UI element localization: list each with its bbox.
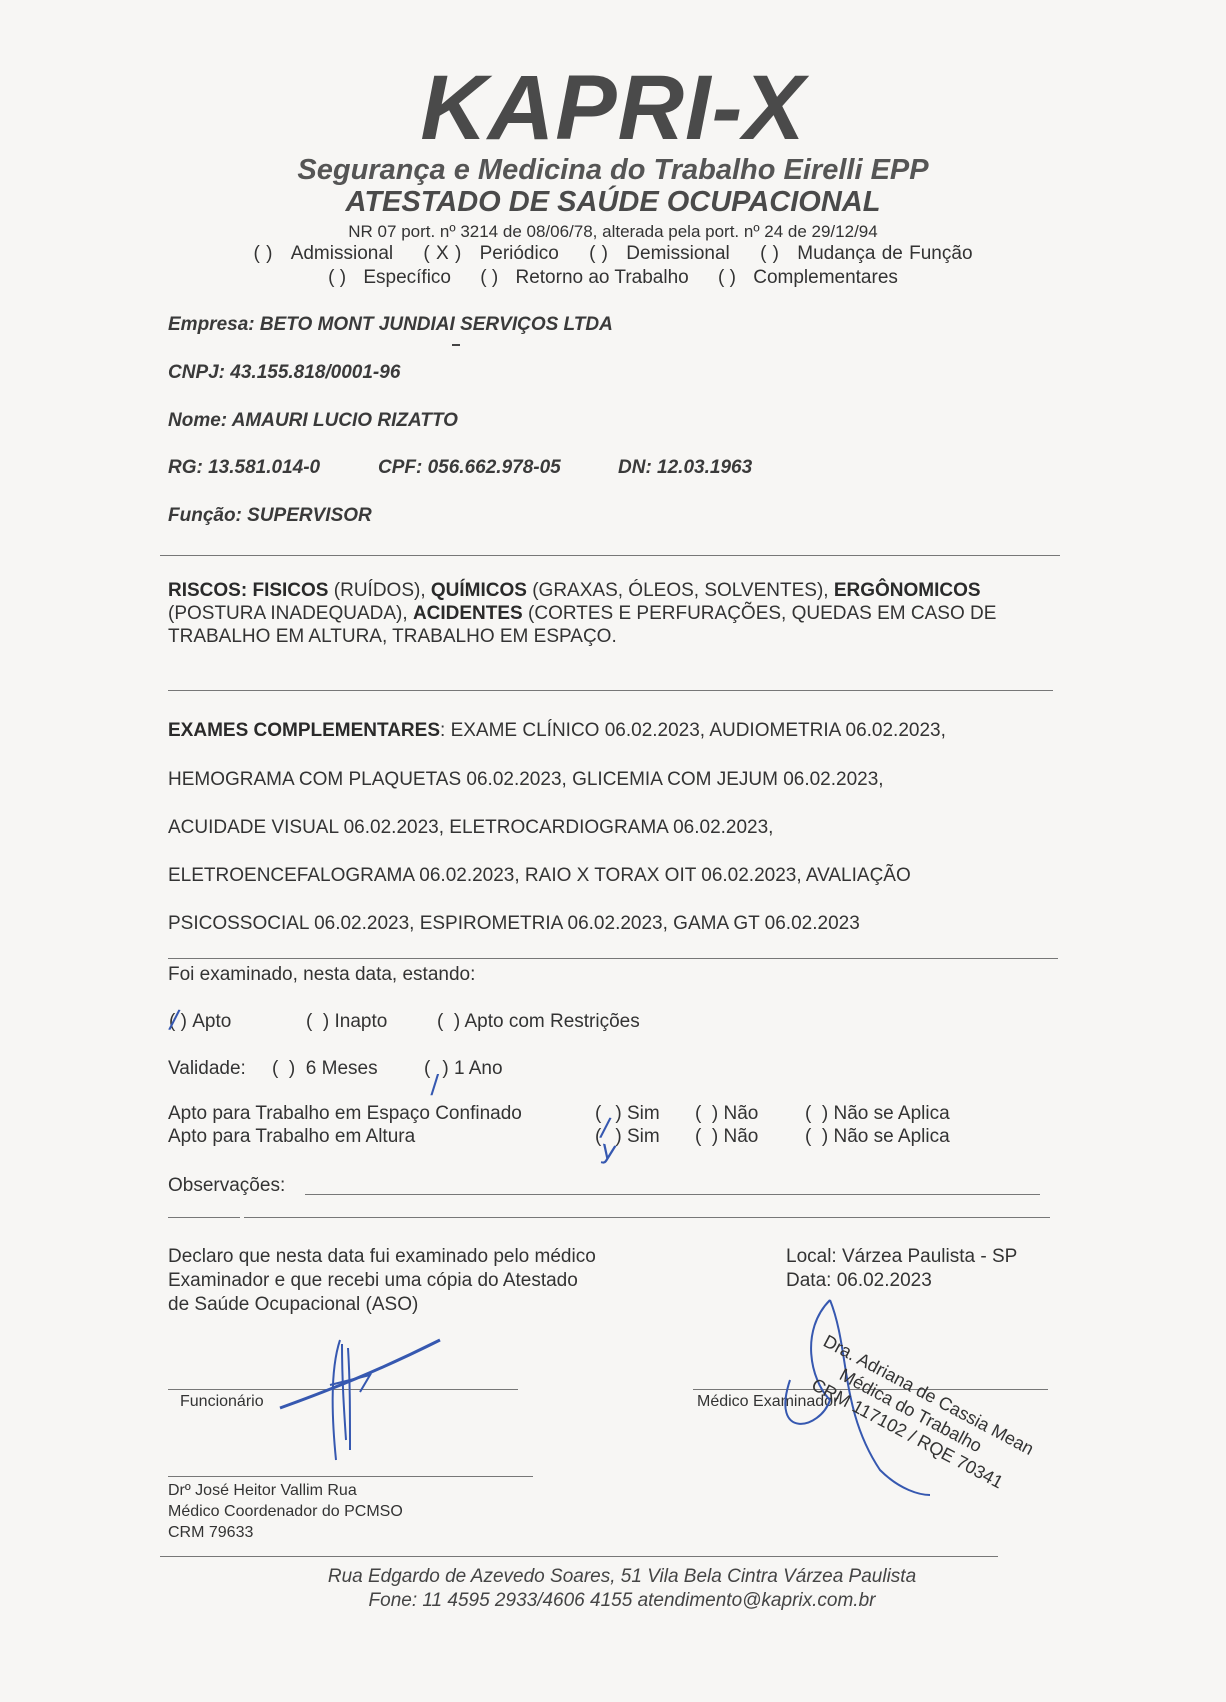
exam-type-especifico: ( ) Específico xyxy=(322,267,457,288)
validity-label: Validade: xyxy=(168,1058,246,1080)
employee-signature-icon xyxy=(270,1330,470,1470)
coordinator-signature-line xyxy=(168,1476,533,1477)
risk-accidents: ACIDENTES xyxy=(413,603,523,624)
confined-na[interactable]: ( ) Não se Aplica xyxy=(805,1103,950,1125)
regulation-reference: NR 07 port. nº 3214 de 08/06/78, alterad… xyxy=(0,222,1226,242)
name-field: Nome: AMAURI LUCIO RIZATTO xyxy=(168,410,458,432)
document-title: ATESTADO DE SAÚDE OCUPACIONAL xyxy=(0,186,1226,219)
exam-type-retorno: ( ) Retorno ao Trabalho xyxy=(474,267,694,288)
exam-type-periodico: ( X ) Periódico xyxy=(417,243,564,264)
coordinator-role: Médico Coordenador do PCMSO xyxy=(168,1501,403,1522)
divider xyxy=(160,1556,998,1557)
confined-nao[interactable]: ( ) Não xyxy=(695,1103,758,1125)
coordinator-name: Drº José Heitor Vallim Rua xyxy=(168,1480,403,1501)
risk-chemical: QUÍMICOS xyxy=(431,580,527,601)
coordinator-block: Drº José Heitor Vallim Rua Médico Coorde… xyxy=(168,1480,403,1543)
exam-type-demissional: ( ) Demissional xyxy=(583,243,736,264)
exams-line-2: HEMOGRAMA COM PLAQUETAS 06.02.2023, GLIC… xyxy=(168,769,884,791)
company-name: Segurança e Medicina do Trabalho Eirelli… xyxy=(0,154,1226,187)
footer-contact: Fone: 11 4595 2933/4606 4155 atendimento… xyxy=(160,1590,1084,1612)
exams-line-4: ELETROENCEFALOGRAMA 06.02.2023, RAIO X T… xyxy=(168,865,911,887)
height-nao[interactable]: ( ) Não xyxy=(695,1126,758,1148)
exam-type-complementares: ( ) Complementares xyxy=(712,267,904,288)
pen-check-mark-icon: y xyxy=(599,1135,619,1167)
exams-line-5: PSICOSSOCIAL 06.02.2023, ESPIROMETRIA 06… xyxy=(168,913,860,935)
height-na[interactable]: ( ) Não se Aplica xyxy=(805,1126,950,1148)
rg-field: RG: 13.581.014-0 xyxy=(168,457,320,479)
divider xyxy=(160,555,1060,556)
footer-address: Rua Edgardo de Azevedo Soares, 51 Vila B… xyxy=(160,1566,1084,1588)
status-apto-restricoes[interactable]: ( ) Apto com Restrições xyxy=(437,1011,640,1033)
risk-physical: FISICOS xyxy=(252,580,328,601)
exam-type-row-1: ( ) Admissional ( X ) Periódico ( ) Demi… xyxy=(0,243,1226,265)
divider xyxy=(168,958,1058,959)
declaration-text: Declaro que nesta data fui examinado pel… xyxy=(168,1245,596,1317)
height-sim[interactable]: (y) Sim xyxy=(595,1126,660,1148)
exams-line-1: EXAMES COMPLEMENTARES: EXAME CLÍNICO 06.… xyxy=(168,720,946,742)
employee-signature-label: Funcionário xyxy=(180,1393,264,1411)
status-apto[interactable]: (/ ) Apto xyxy=(168,1011,231,1033)
observations-line[interactable] xyxy=(168,1217,240,1218)
role-field: Função: SUPERVISOR xyxy=(168,505,372,527)
company-logo: KAPRI-X xyxy=(0,62,1226,154)
exams-label: EXAMES COMPLEMENTARES xyxy=(168,720,440,741)
divider xyxy=(168,690,1053,691)
place-date: Local: Várzea Paulista - SP Data: 06.02.… xyxy=(786,1245,1017,1293)
exam-type-mudanca-funcao: ( ) Mudança de Função xyxy=(754,243,978,264)
validity-1-ano[interactable]: (/) 1 Ano xyxy=(424,1058,503,1080)
observations-line[interactable] xyxy=(305,1194,1040,1195)
apto-checkbox[interactable]: (/ ) xyxy=(168,1011,188,1033)
risk-ergonomic: ERGÔNOMICOS xyxy=(834,580,981,601)
exam-type-row-2: ( ) Específico ( ) Retorno ao Trabalho (… xyxy=(0,267,1226,289)
risks-section: RISCOS: FISICOS (RUÍDOS), QUÍMICOS (GRAX… xyxy=(168,579,1048,648)
coordinator-crm: CRM 79633 xyxy=(168,1522,403,1543)
height-work-label: Apto para Trabalho em Altura xyxy=(168,1126,415,1148)
risks-label: RISCOS: xyxy=(168,580,247,601)
confined-sim[interactable]: (/) Sim xyxy=(595,1103,660,1125)
confined-space-label: Apto para Trabalho em Espaço Confinado xyxy=(168,1103,522,1125)
exam-type-admissional: ( ) Admissional xyxy=(247,243,399,264)
stray-mark xyxy=(452,344,460,346)
pen-check-mark-icon: / xyxy=(430,1070,439,1100)
pen-check-mark-icon: / xyxy=(167,1004,181,1035)
birthdate-field: DN: 12.03.1963 xyxy=(618,457,752,479)
company-field: Empresa: BETO MONT JUNDIAI SERVIÇOS LTDA xyxy=(168,314,613,336)
observations-label: Observações: xyxy=(168,1175,285,1197)
examined-intro: Foi examinado, nesta data, estando: xyxy=(168,964,475,986)
cnpj-field: CNPJ: 43.155.818/0001-96 xyxy=(168,362,400,384)
exams-line-3: ACUIDADE VISUAL 06.02.2023, ELETROCARDIO… xyxy=(168,817,773,839)
observations-line[interactable] xyxy=(244,1217,1050,1218)
validity-6-meses[interactable]: ( ) 6 Meses xyxy=(272,1058,378,1080)
cpf-field: CPF: 056.662.978-05 xyxy=(378,457,561,479)
status-inapto[interactable]: ( ) Inapto xyxy=(306,1011,387,1033)
local: Local: Várzea Paulista - SP xyxy=(786,1245,1017,1269)
